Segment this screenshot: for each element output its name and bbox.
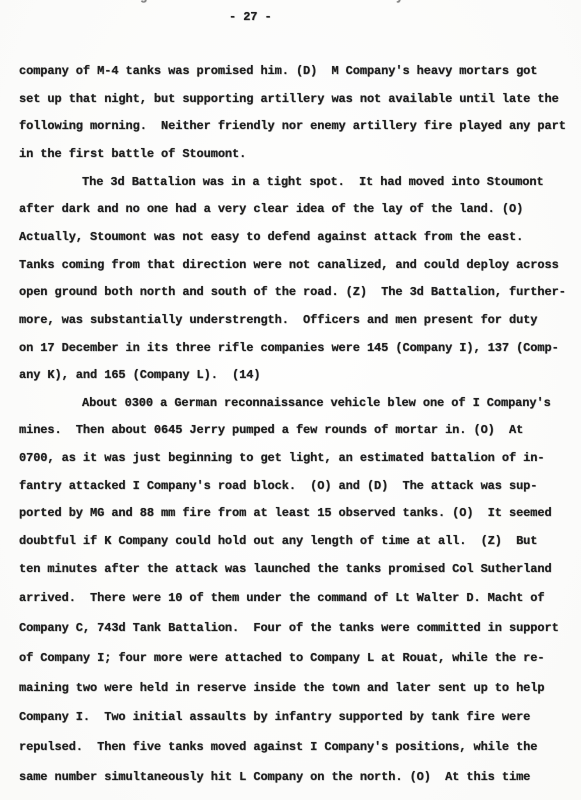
text-line: set up that night, but supporting artill… [19, 92, 559, 108]
text-line: Tanks coming from that direction were no… [19, 258, 559, 274]
text-line: About 0300 a German reconnaissance vehic… [19, 396, 551, 412]
text-line: any K), and 165 (Company L). (14) [19, 368, 260, 384]
text-line: fantry attacked I Company's road block. … [19, 479, 537, 495]
text-line: maining two were held in reserve inside … [19, 681, 545, 697]
text-line: 0700, as it was just beginning to get li… [19, 451, 545, 467]
text-line: following morning. Neither friendly nor … [19, 119, 566, 135]
text-line: Actually, Stoumont was not easy to defen… [19, 230, 523, 246]
document-body: company of M-4 tanks was promised him. (… [0, 0, 581, 800]
document-page: g y - 27 - company of M-4 tanks was prom… [0, 0, 581, 800]
text-line: arrived. There were 10 of them under the… [19, 591, 545, 607]
text-line: Company I. Two initial assaults by infan… [19, 710, 530, 726]
text-line: after dark and no one had a very clear i… [19, 202, 523, 218]
text-line: mines. Then about 0645 Jerry pumped a fe… [19, 423, 523, 439]
text-line: on 17 December in its three rifle compan… [19, 341, 559, 357]
text-line: repulsed. Then five tanks moved against … [19, 740, 537, 756]
text-line: company of M-4 tanks was promised him. (… [19, 64, 537, 80]
text-line: doubtful if K Company could hold out any… [19, 534, 537, 550]
text-line: in the first battle of Stoumont. [19, 147, 246, 163]
text-line: of Company I; four more were attached to… [19, 651, 545, 667]
text-line: The 3d Battalion was in a tight spot. It… [19, 175, 544, 191]
text-line: Company C, 743d Tank Battalion. Four of … [19, 621, 559, 637]
text-line: same number simultaneously hit L Company… [19, 770, 530, 786]
text-line: open ground both north and south of the … [19, 285, 566, 301]
text-line: ten minutes after the attack was launche… [19, 562, 552, 578]
text-line: ported by MG and 88 mm fire from at leas… [19, 506, 552, 522]
text-line: more, was substantially understrength. O… [19, 313, 537, 329]
